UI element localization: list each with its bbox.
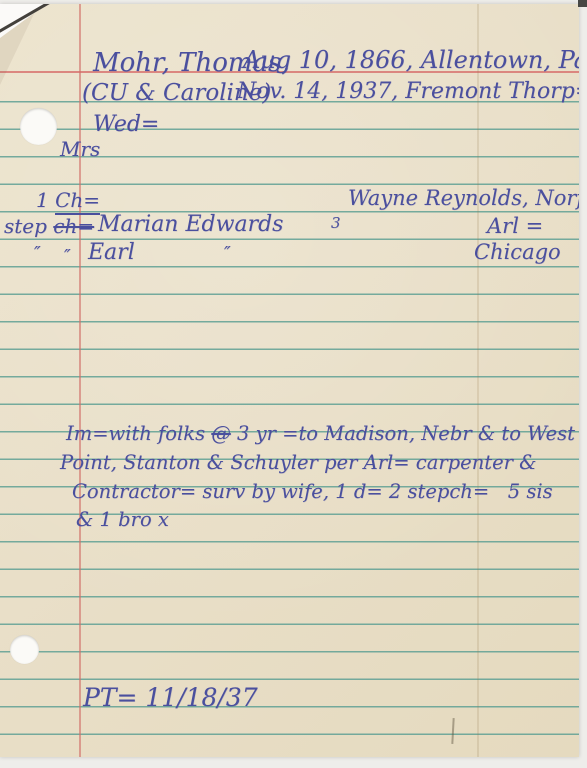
stepchild-name-1: Marian Edwards bbox=[98, 214, 283, 236]
bio-line-2: Point, Stanton & Schuyler per Arl= carpe… bbox=[60, 453, 537, 473]
ditto-mark: ″ bbox=[224, 245, 231, 263]
step-prefix: step bbox=[4, 214, 53, 238]
informant-name-city: Wayne Reynolds, Norfolk bbox=[348, 188, 579, 209]
bio-line-1-start: Im=with folks bbox=[66, 422, 211, 445]
punch-hole-top bbox=[20, 108, 57, 145]
bio-line-3: Contractor= surv by wife, 1 d= 2 stepch=… bbox=[72, 482, 553, 502]
children-heading: 1 Ch= bbox=[36, 190, 100, 210]
death-date-place: Nov. 14, 1937, Fremont Thorp= Arl bbox=[237, 81, 579, 103]
bio-line-4: & 1 bro x bbox=[76, 510, 169, 530]
bio-line-1: Im=with folks @ 3 yr =to Madison, Nebr &… bbox=[66, 424, 575, 444]
scan-edge-mark bbox=[578, 0, 587, 7]
step-struck-word: ch= bbox=[53, 214, 94, 238]
stepchildren-label: step ch= bbox=[4, 216, 94, 236]
children-label: Ch= bbox=[55, 188, 100, 215]
wed-note: Wed= bbox=[93, 114, 159, 136]
left-margin-rule bbox=[79, 4, 81, 757]
bio-line-1-struck: @ bbox=[211, 422, 231, 445]
stepchild-name-2: Earl bbox=[88, 242, 135, 264]
ditto-mark: ″ bbox=[64, 248, 71, 266]
informant-city-2: Chicago bbox=[474, 242, 561, 263]
informant-source: Arl = bbox=[487, 216, 543, 237]
vertical-crease bbox=[477, 4, 479, 757]
annotation-number: 3 bbox=[331, 216, 341, 231]
notebook-page: Mohr, Thomas, Aug 10, 1866, Allentown, P… bbox=[0, 4, 579, 757]
mrs-note: Mrs bbox=[60, 139, 100, 159]
bio-line-1-end: 3 yr =to Madison, Nebr & to West bbox=[231, 422, 575, 445]
scanner-background: Mohr, Thomas, Aug 10, 1866, Allentown, P… bbox=[0, 0, 587, 768]
ditto-mark: ″ bbox=[34, 245, 41, 263]
birth-date-place: Aug 10, 1866, Allentown, Pa x bbox=[243, 48, 579, 72]
record-date: PT= 11/18/37 bbox=[83, 685, 258, 710]
punch-hole-bottom bbox=[10, 635, 39, 664]
children-count: 1 bbox=[36, 188, 55, 212]
